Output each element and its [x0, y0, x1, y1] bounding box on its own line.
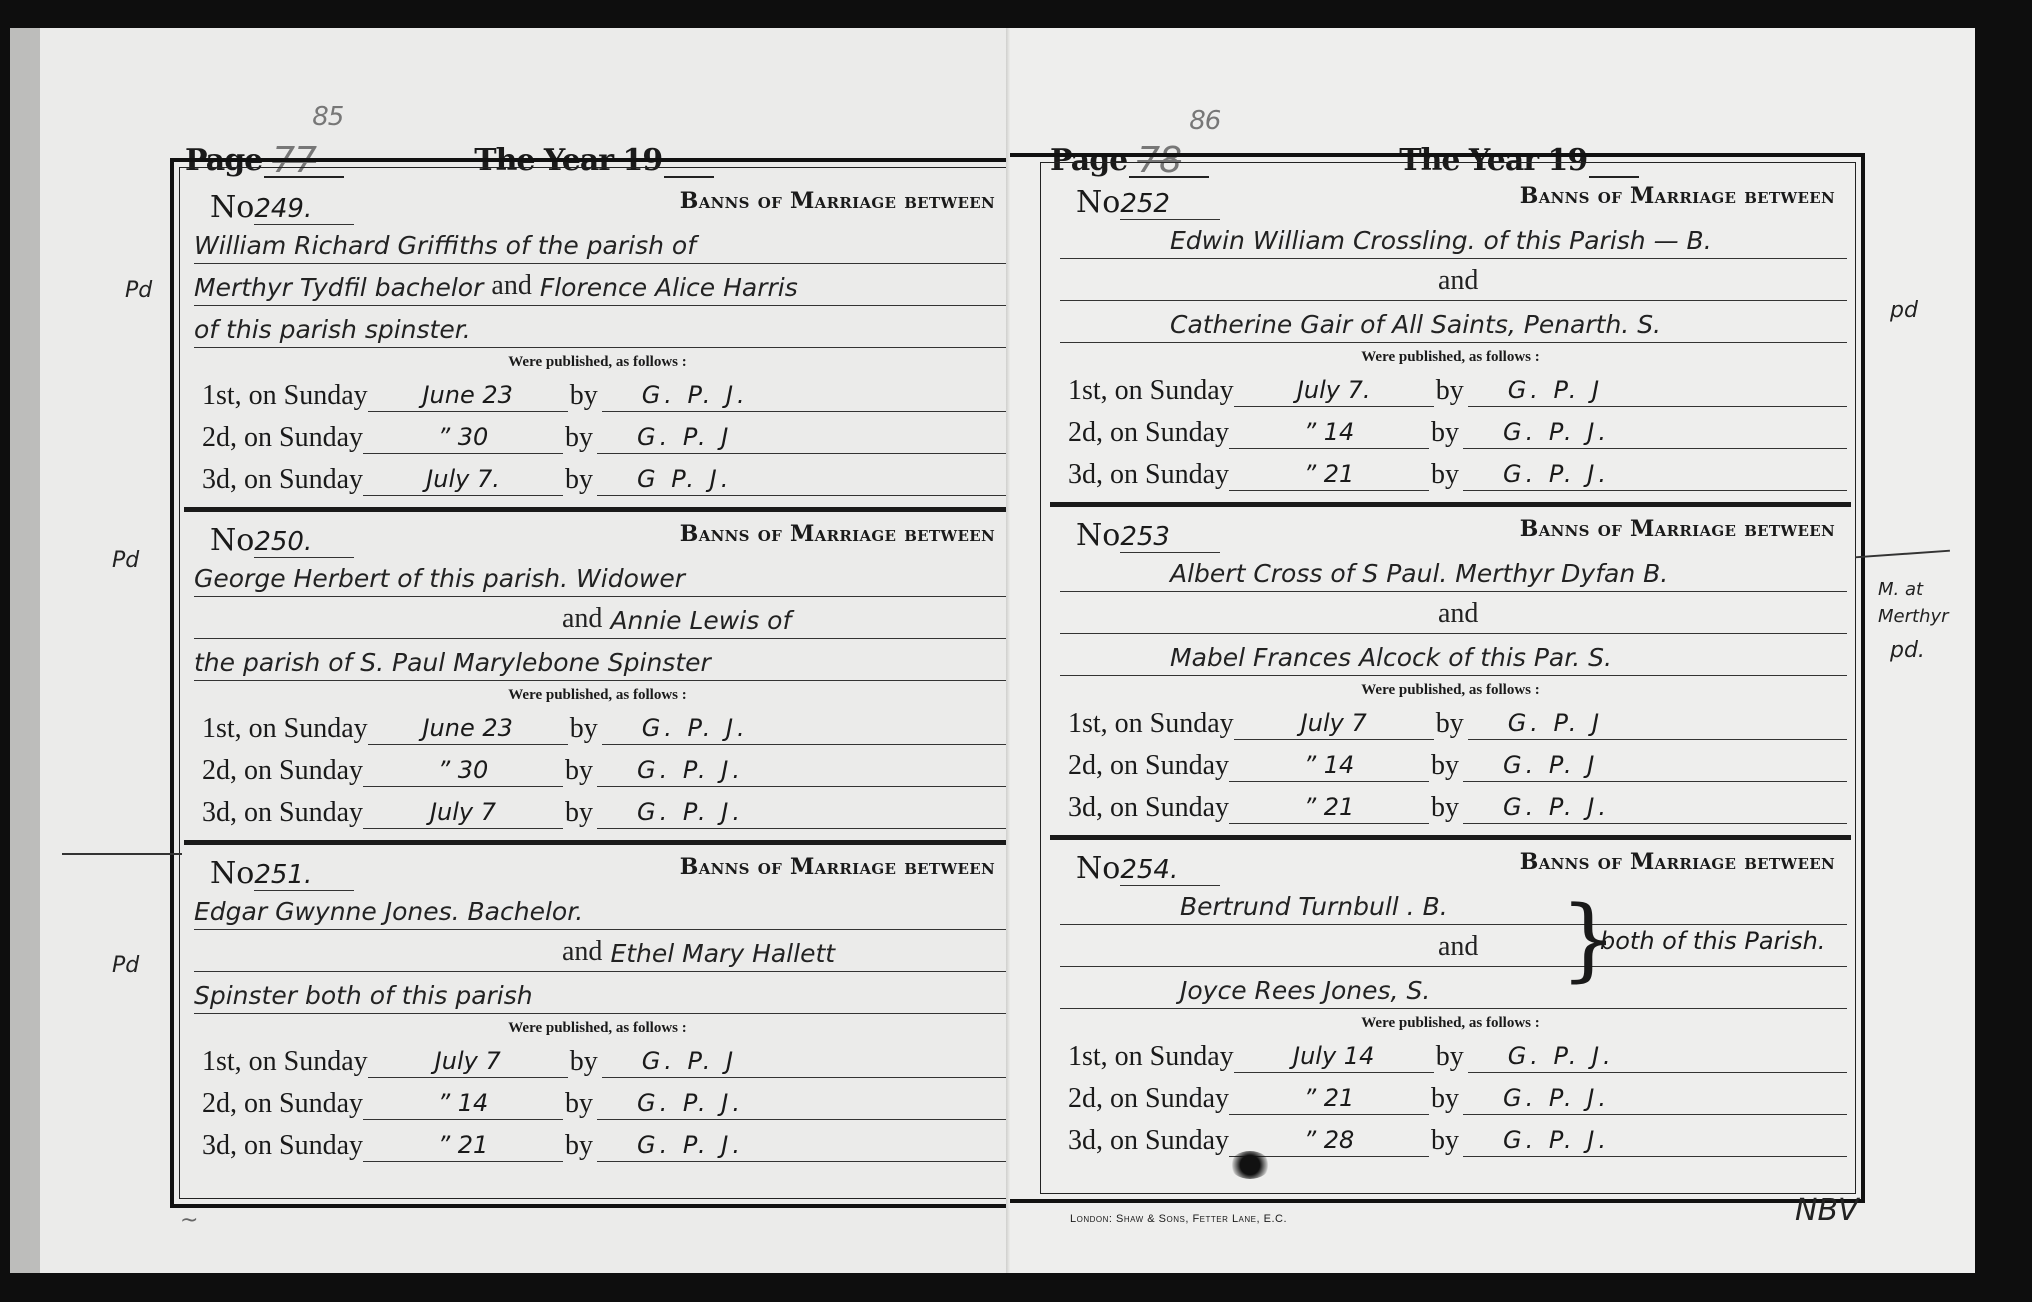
entry-number: No249. [210, 190, 354, 225]
publication-row-3: 3d, on Sunday ” 21 by G. P. J. [1068, 784, 1847, 824]
banns-title: Banns of Marriage between [680, 521, 995, 547]
entry-number: No254. [1076, 851, 1220, 886]
names-line-3: the parish of S. Paul Marylebone Spinste… [194, 641, 1007, 681]
margin-note-paid: Pd [112, 953, 139, 978]
names-line-2: Merthyr Tydfil bachelor and Florence Ali… [194, 266, 1007, 306]
right-page: Page 78 86 The Year 19 No252 Banns of Ma… [1010, 28, 1975, 1273]
published-label: Were published, as follows : [174, 354, 1021, 371]
pencil-line [62, 853, 182, 855]
banns-entry-253: No253 Banns of Marriage between Albert C… [1040, 510, 1861, 840]
names-line-1: Bertrund Turnbull . B. [1060, 885, 1847, 925]
banns-entry-251: No251. Banns of Marriage between Edgar G… [174, 848, 1021, 1178]
margin-note-married-at: M. at Merthyr [1878, 576, 1958, 630]
entry-number: No252 [1076, 185, 1220, 220]
margin-note-paid: Pd [112, 548, 139, 573]
ink-blot [1230, 1151, 1270, 1179]
names-line-3: of this parish spinster. [194, 308, 1007, 348]
publication-row-1: 1st, on Sunday July 7 by G. P. J [202, 1038, 1007, 1078]
publication-row-2: 2d, on Sunday ” 14 by G. P. J. [1068, 409, 1847, 449]
banns-entry-254: No254. Banns of Marriage between Bertrun… [1040, 843, 1861, 1173]
banns-entry-250: No250. Banns of Marriage between George … [174, 515, 1021, 845]
publication-row-3: 3d, on Sunday ” 21 by G. P. J. [202, 1122, 1007, 1162]
names-line-3: Spinster both of this parish [194, 974, 1007, 1014]
publication-row-3: 3d, on Sunday ” 21 by G. P. J. [1068, 451, 1847, 491]
published-label: Were published, as follows : [1040, 349, 1861, 366]
entry-divider [1050, 835, 1851, 840]
pencil-line [1855, 550, 1950, 558]
register-book: Page 77 85 The Year 19 No249. Banns of M… [10, 28, 1975, 1273]
publication-row-1: 1st, on Sunday July 7 by G. P. J [1068, 700, 1847, 740]
publication-row-2: 2d, on Sunday ” 30 by G. P. J. [202, 747, 1007, 787]
printer-imprint: London: Shaw & Sons, Fetter Lane, E.C. [1070, 1213, 1287, 1225]
publication-row-2: 2d, on Sunday ” 14 by G. P. J. [202, 1080, 1007, 1120]
banns-entry-249: No249. Banns of Marriage between William… [174, 182, 1021, 512]
left-register-frame: No249. Banns of Marriage between William… [170, 158, 1025, 1208]
banns-entry-252: No252 Banns of Marriage between Edwin Wi… [1040, 177, 1861, 507]
left-page: Page 77 85 The Year 19 No249. Banns of M… [10, 28, 1010, 1273]
publication-row-2: 2d, on Sunday ” 30 by G. P. J [202, 414, 1007, 454]
published-label: Were published, as follows : [1040, 1015, 1861, 1032]
publication-row-1: 1st, on Sunday June 23 by G. P. J. [202, 705, 1007, 745]
entry-divider [184, 507, 1011, 512]
banns-title: Banns of Marriage between [1520, 183, 1835, 209]
names-line-1: Albert Cross of S Paul. Merthyr Dyfan B. [1060, 552, 1847, 592]
published-label: Were published, as follows : [174, 1020, 1021, 1037]
names-line-2: and Annie Lewis of [194, 599, 1007, 639]
names-line-2: and [1060, 594, 1847, 634]
names-line-3: Joyce Rees Jones, S. [1060, 969, 1847, 1009]
bottom-mark: ~ [180, 1208, 198, 1233]
published-label: Were published, as follows : [1040, 682, 1861, 699]
both-of-this-parish-note: both of this Parish. [1600, 927, 1825, 955]
margin-note-paid: pd [1890, 298, 1918, 323]
names-line-2: and [1060, 261, 1847, 301]
names-line-3: Mabel Frances Alcock of this Par. S. [1060, 636, 1847, 676]
entry-divider [1050, 502, 1851, 507]
names-line-1: Edgar Gwynne Jones. Bachelor. [194, 890, 1007, 930]
banns-title: Banns of Marriage between [680, 854, 995, 880]
entry-number: No253 [1076, 518, 1220, 553]
publication-row-2: 2d, on Sunday ” 14 by G. P. J [1068, 742, 1847, 782]
names-line-1: George Herbert of this parish. Widower [194, 557, 1007, 597]
bottom-initials: NBV [1795, 1193, 1859, 1228]
banns-title: Banns of Marriage between [1520, 849, 1835, 875]
names-line-3: Catherine Gair of All Saints, Penarth. S… [1060, 303, 1847, 343]
publication-row-3: 3d, on Sunday ” 28 by G. P. J. [1068, 1117, 1847, 1157]
publication-row-3: 3d, on Sunday July 7 by G. P. J. [202, 789, 1007, 829]
entry-divider [184, 840, 1011, 845]
right-register-frame: No252 Banns of Marriage between Edwin Wi… [1010, 153, 1865, 1203]
publication-row-1: 1st, on Sunday June 23 by G. P. J. [202, 372, 1007, 412]
margin-note-paid: pd. [1890, 638, 1925, 663]
entry-number: No251. [210, 856, 354, 891]
publication-row-1: 1st, on Sunday July 7. by G. P. J [1068, 367, 1847, 407]
publication-row-3: 3d, on Sunday July 7. by G P. J. [202, 456, 1007, 496]
publication-row-1: 1st, on Sunday July 14 by G. P. J. [1068, 1033, 1847, 1073]
banns-title: Banns of Marriage between [1520, 516, 1835, 542]
names-line-1: William Richard Griffiths of the parish … [194, 224, 1007, 264]
published-label: Were published, as follows : [174, 687, 1021, 704]
page-number-new: 85 [312, 102, 343, 132]
publication-row-2: 2d, on Sunday ” 21 by G. P. J. [1068, 1075, 1847, 1115]
banns-title: Banns of Marriage between [680, 188, 995, 214]
page-number-new: 86 [1189, 106, 1220, 136]
names-line-1: Edwin William Crossling. of this Parish … [1060, 219, 1847, 259]
entry-number: No250. [210, 523, 354, 558]
names-line-2: and Ethel Mary Hallett [194, 932, 1007, 972]
margin-note-paid: Pd [125, 278, 152, 303]
